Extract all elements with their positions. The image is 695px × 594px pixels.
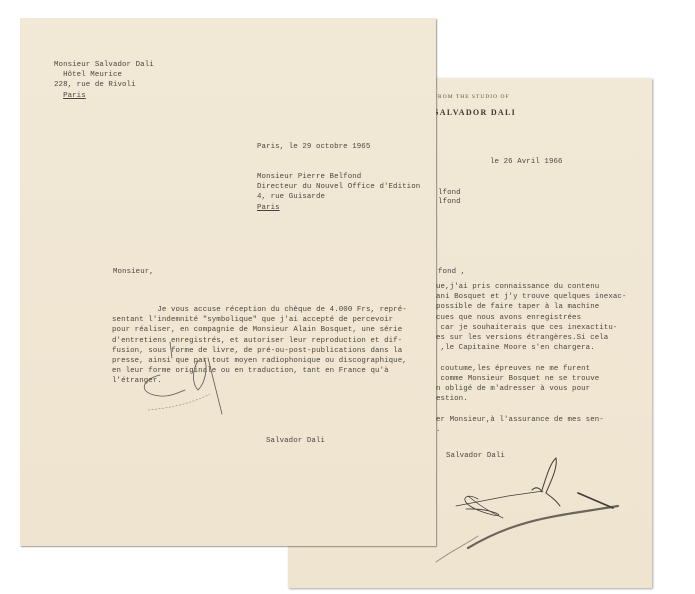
dali-initials-signature-1965 — [20, 18, 436, 546]
letter-1965-sheet: Monsieur Salvador Dali Hôtel Meurice228,… — [20, 18, 436, 546]
